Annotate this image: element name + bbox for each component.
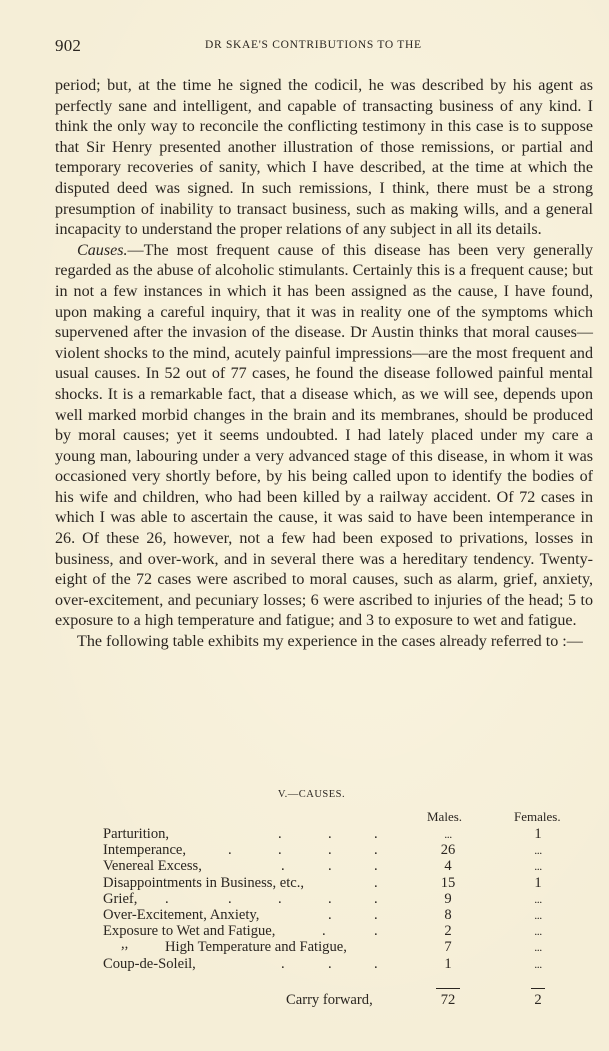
leader-dot: . [165, 891, 169, 907]
table-body: Parturition,......1Intemperance,....26..… [103, 826, 583, 972]
paragraph-text: The following table exhibits my experien… [77, 633, 583, 650]
table-row: Exposure to Wet and Fatigue,..2... [103, 923, 583, 939]
paragraph-text: —The most frequent cause of this disease… [55, 242, 593, 630]
table-total-row: Carry forward, 72 2 [103, 992, 583, 1010]
cell-males: 1 [433, 956, 463, 972]
ditto-mark: ,, [121, 936, 128, 952]
running-title: Dr Skae's contributions to the [205, 39, 422, 51]
leader-dot: . [328, 842, 332, 858]
paragraph-text: period; but, at the time he signed the c… [55, 77, 593, 238]
row-label: Exposure to Wet and Fatigue, [103, 923, 275, 939]
paragraph-lead: Causes. [77, 242, 128, 259]
leader-dot: . [374, 956, 378, 972]
row-label: Coup-de-Soleil, [103, 956, 196, 972]
leader-dot: . [374, 858, 378, 874]
leader-dot: . [278, 842, 282, 858]
total-label: Carry forward, [286, 992, 373, 1008]
table-row: Venereal Excess,...4... [103, 858, 583, 874]
cell-females: ... [523, 956, 553, 972]
cell-males: 15 [433, 875, 463, 891]
leader-dot: . [328, 891, 332, 907]
cell-males: 2 [433, 923, 463, 939]
leader-dot: . [328, 858, 332, 874]
table-title: V.—Causes. [0, 789, 609, 800]
cell-females: ... [523, 891, 553, 907]
row-label: Over-Excitement, Anxiety, [103, 907, 259, 923]
cell-females: ... [523, 939, 553, 955]
table-header-row: Males. Females. [103, 808, 583, 826]
causes-table: Males. Females. Parturition,......1Intem… [103, 808, 583, 972]
leader-dot: . [328, 826, 332, 842]
leader-dot: . [322, 923, 326, 939]
cell-males: ... [433, 826, 463, 842]
table-row: Parturition,......1 [103, 826, 583, 842]
cell-males: 4 [433, 858, 463, 874]
page-number: 902 [55, 36, 81, 56]
paragraph-causes: Causes.—The most frequent cause of this … [55, 241, 593, 632]
row-label: Disappointments in Business, etc., [103, 875, 304, 891]
cell-females: ... [523, 858, 553, 874]
leader-dot: . [328, 907, 332, 923]
cell-females: ... [523, 923, 553, 939]
table-row: Grief,.....9... [103, 891, 583, 907]
leader-dot: . [278, 826, 282, 842]
leader-dot: . [374, 923, 378, 939]
total-rule-females [531, 988, 545, 989]
leader-dot: . [228, 891, 232, 907]
cell-females: 1 [523, 875, 553, 891]
total-females: 2 [523, 992, 553, 1008]
row-label: Parturition, [103, 826, 169, 842]
table-row: Coup-de-Soleil,...1... [103, 956, 583, 972]
leader-dot: . [281, 858, 285, 874]
table-row: Intemperance,....26... [103, 842, 583, 858]
leader-dot: . [374, 875, 378, 891]
total-males: 72 [433, 992, 463, 1008]
row-label: Venereal Excess, [103, 858, 202, 874]
cell-females: 1 [523, 826, 553, 842]
leader-dot: . [374, 891, 378, 907]
book-page: 902 Dr Skae's contributions to the perio… [0, 0, 609, 1051]
leader-dot: . [228, 842, 232, 858]
leader-dot: . [281, 956, 285, 972]
cell-females: ... [523, 907, 553, 923]
body-text: period; but, at the time he signed the c… [55, 76, 593, 653]
paragraph-1: period; but, at the time he signed the c… [55, 76, 593, 241]
table-row: Over-Excitement, Anxiety,..8... [103, 907, 583, 923]
total-rule-males [436, 988, 460, 989]
leader-dot: . [374, 826, 378, 842]
cell-males: 7 [433, 939, 463, 955]
leader-dot: . [374, 842, 378, 858]
table-row: Disappointments in Business, etc.,.151 [103, 875, 583, 891]
row-label: High Temperature and Fatigue, [165, 939, 347, 955]
paragraph-table-intro: The following table exhibits my experien… [55, 632, 593, 653]
table-row: ,,High Temperature and Fatigue,7... [103, 939, 583, 955]
row-label: Intemperance, [103, 842, 186, 858]
cell-males: 26 [433, 842, 463, 858]
leader-dot: . [328, 956, 332, 972]
column-header-females: Females. [514, 809, 561, 825]
cell-females: ... [523, 842, 553, 858]
cell-males: 8 [433, 907, 463, 923]
leader-dot: . [278, 891, 282, 907]
column-header-males: Males. [427, 809, 462, 825]
leader-dot: . [374, 907, 378, 923]
running-head: 902 Dr Skae's contributions to the [55, 36, 595, 56]
row-label: Grief, [103, 891, 137, 907]
cell-males: 9 [433, 891, 463, 907]
